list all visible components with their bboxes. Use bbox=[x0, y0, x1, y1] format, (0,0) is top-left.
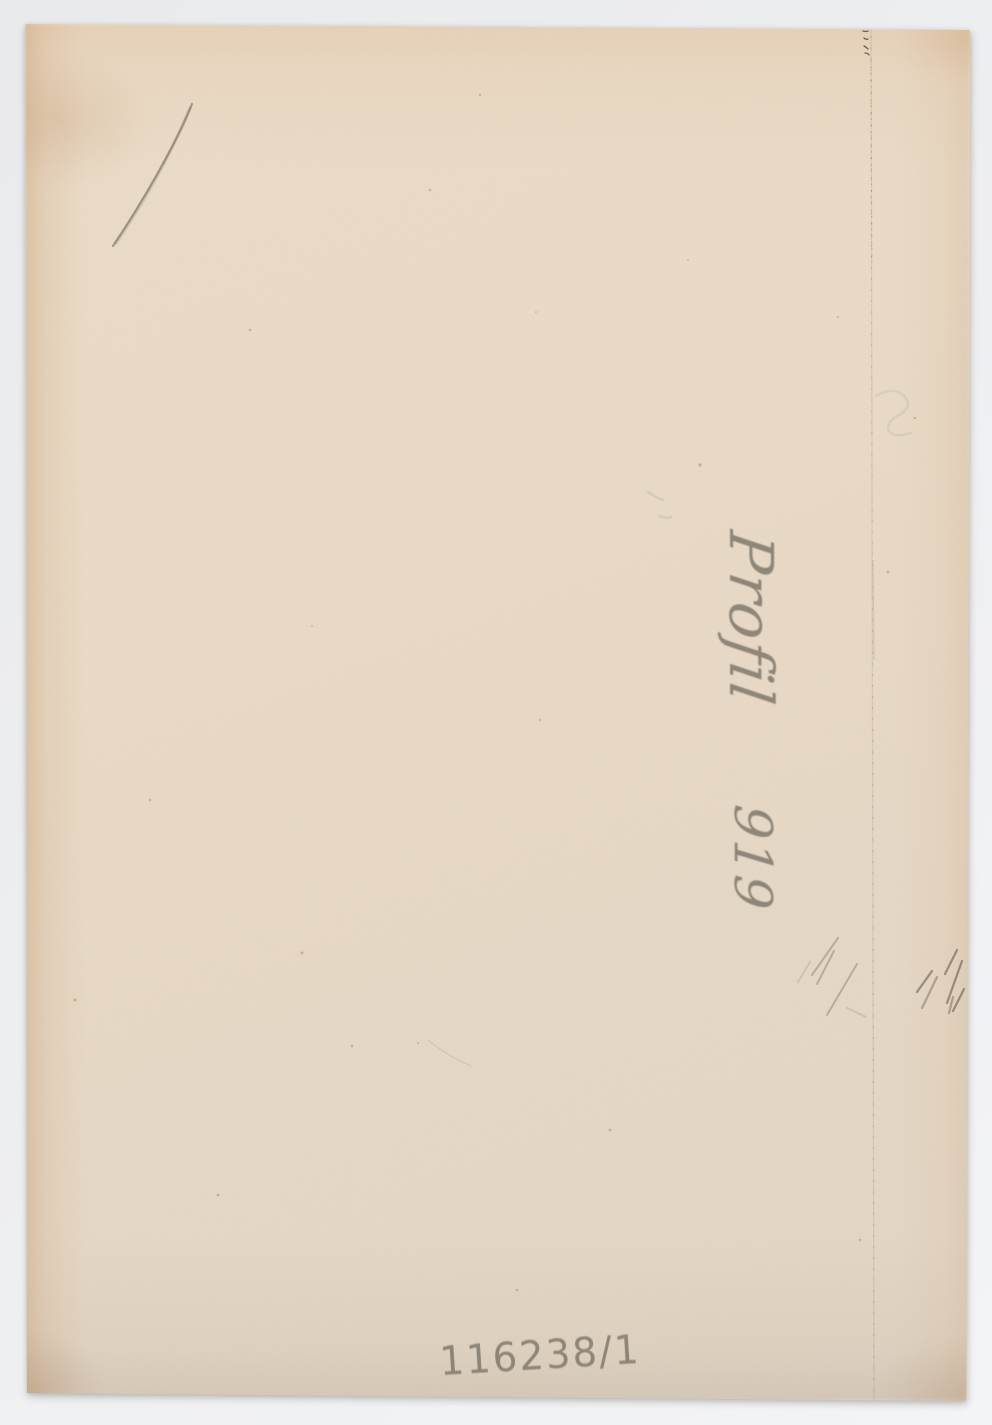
paper-grain-texture bbox=[0, 0, 992, 1425]
handwritten-number: 919 bbox=[722, 802, 782, 914]
pencil-marks-layer bbox=[0, 0, 992, 1425]
handwritten-number-text: 919 bbox=[722, 802, 782, 914]
photo-card-back: Profil 919 116238/1 bbox=[0, 0, 992, 1425]
handwritten-label-text: Profil bbox=[715, 527, 785, 709]
handwritten-label: Profil bbox=[715, 527, 785, 709]
card-shadow: Profil 919 116238/1 bbox=[0, 0, 992, 1425]
scanner-background: Profil 919 116238/1 bbox=[0, 0, 992, 1425]
